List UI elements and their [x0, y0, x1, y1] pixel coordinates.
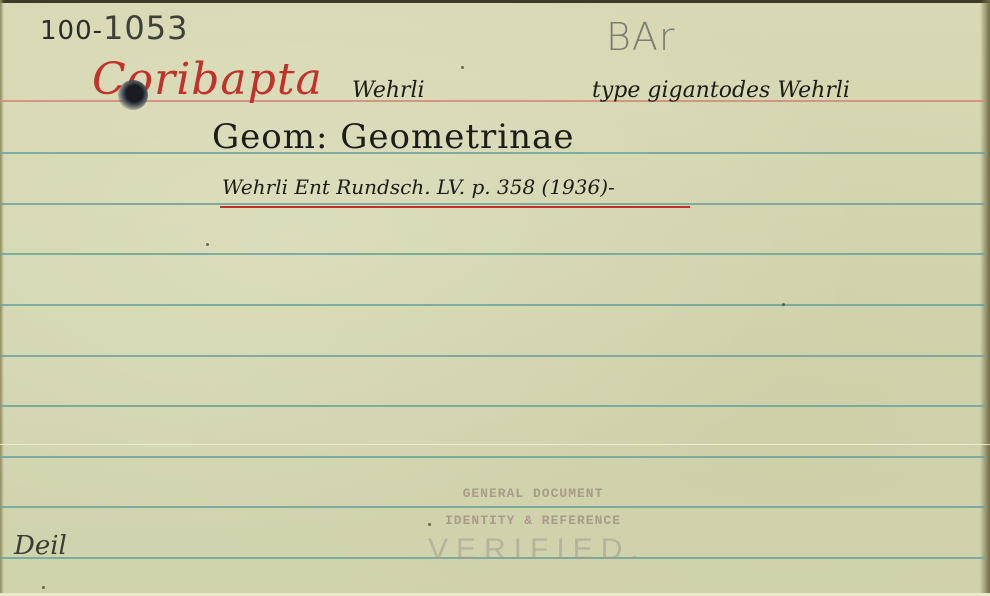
ruled-line	[0, 304, 985, 306]
ruled-line	[0, 253, 985, 255]
paper-speck	[782, 303, 785, 306]
paper-speck	[206, 243, 209, 246]
handwritten-annotation: Deil	[14, 533, 67, 559]
family-subfamily: Geom: Geometrinae	[212, 120, 574, 154]
ruled-line	[0, 456, 985, 458]
verification-stamp: GENERAL DOCUMENT IDENTITY & REFERENCE VE…	[428, 484, 638, 565]
ruled-line	[0, 355, 985, 357]
ink-blot	[118, 80, 148, 110]
paper-speck	[42, 586, 45, 589]
type-species: type gigantodes Wehrli	[592, 80, 850, 102]
pencil-code: BAr	[606, 18, 676, 56]
card-number-prefix: 100-	[40, 16, 103, 46]
card-top-edge	[0, 0, 990, 3]
stamp-line-3: VERIFIED.	[428, 535, 638, 565]
paper-speck	[428, 523, 431, 526]
paper-speck	[461, 66, 464, 69]
ruled-line	[0, 203, 985, 205]
citation: Wehrli Ent Rundsch. LV. p. 358 (1936)-	[222, 177, 615, 197]
scan-scratch	[0, 444, 990, 445]
stamp-line-1: GENERAL DOCUMENT	[428, 487, 638, 500]
stamp-line-2: IDENTITY & REFERENCE	[428, 514, 638, 527]
index-card: 100-1053 BAr Coribapta Wehrli type gigan…	[0, 0, 990, 596]
card-number: 100-1053	[40, 12, 188, 44]
genus-author: Wehrli	[352, 80, 425, 102]
citation-underline	[220, 206, 690, 208]
card-number-suffix: 1053	[103, 9, 188, 47]
ruled-line	[0, 405, 985, 407]
